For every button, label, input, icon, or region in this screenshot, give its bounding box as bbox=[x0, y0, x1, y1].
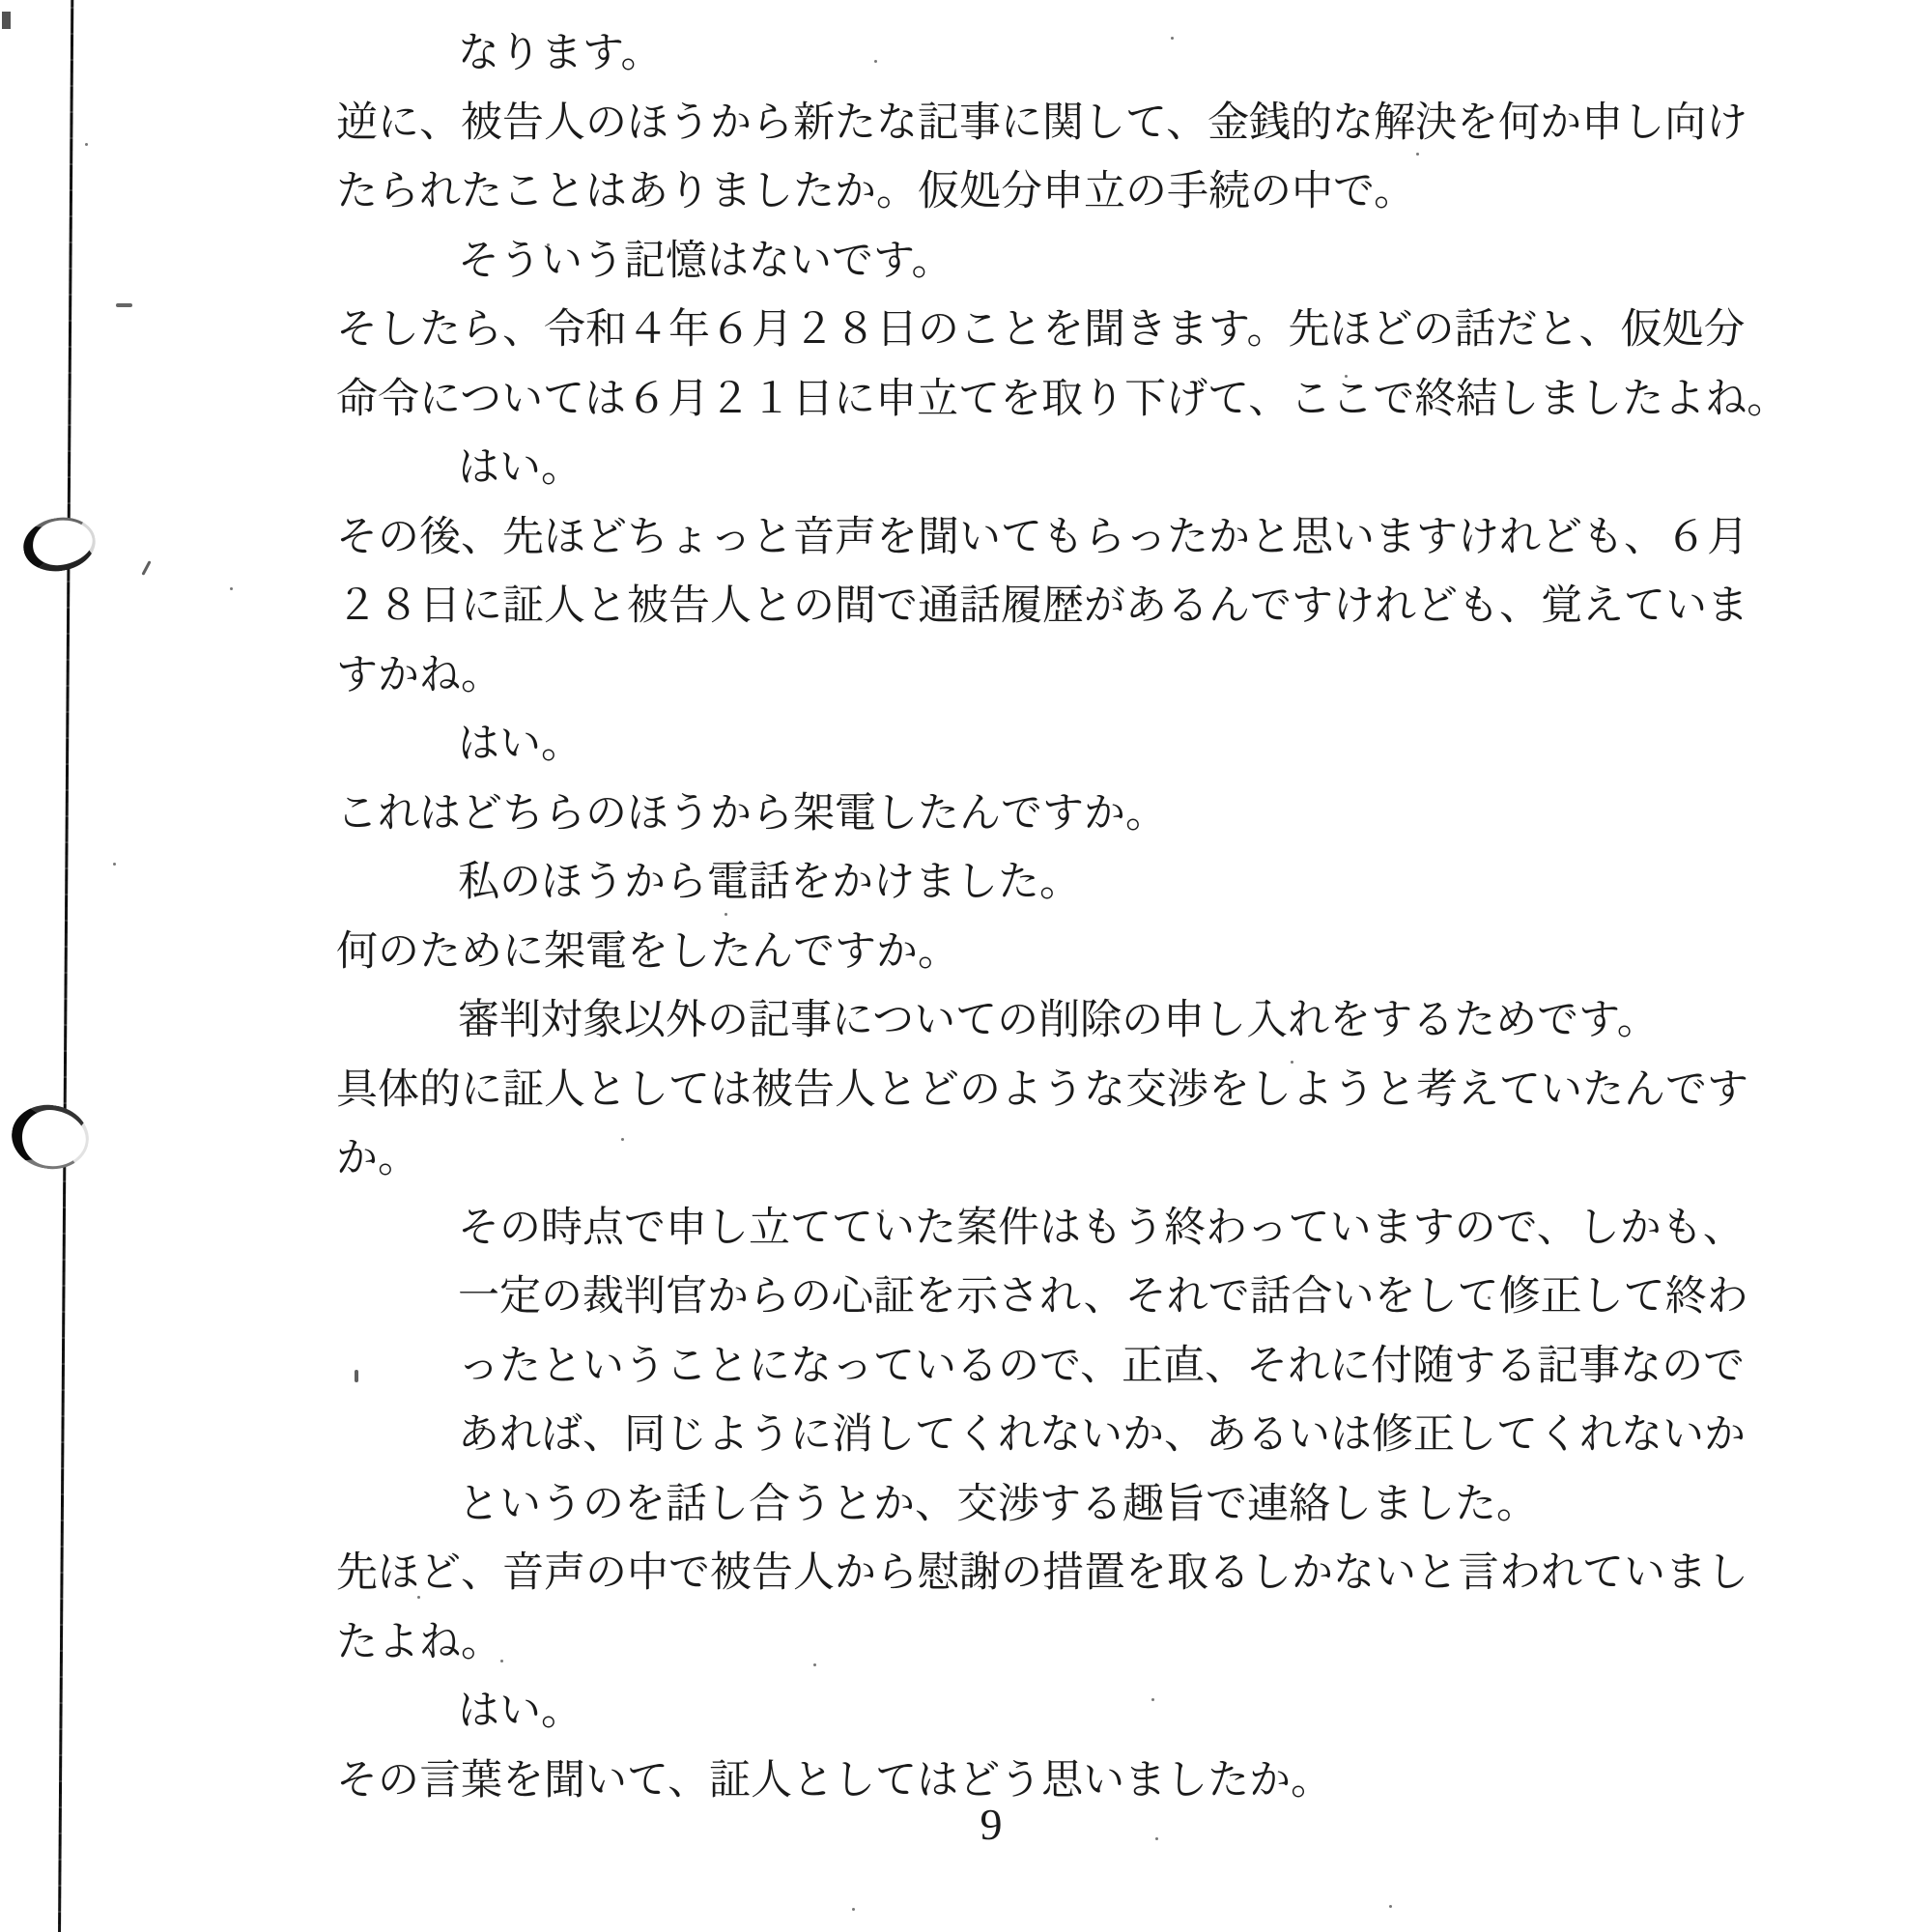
transcript-line: 審判対象以外の記事についての削除の申し入れをするためです。 bbox=[336, 986, 1843, 1056]
scan-speck bbox=[500, 1660, 503, 1662]
transcript-line: たよね。 bbox=[336, 1608, 1843, 1678]
transcript-line: か。 bbox=[336, 1124, 1843, 1194]
transcript-line: すかね。 bbox=[336, 641, 1843, 711]
scan-speck bbox=[1389, 1905, 1392, 1908]
transcript-line: 何のために架電をしたんですか。 bbox=[336, 918, 1843, 987]
page-number: 9 bbox=[290, 1799, 1692, 1850]
transcript-line: これはどちらのほうから架電したんですか。 bbox=[336, 780, 1843, 849]
transcript-line: はい。 bbox=[336, 1677, 1843, 1747]
scan-speck bbox=[141, 560, 151, 576]
transcript-line: 先ほど、音声の中で被告人から慰謝の措置を取るしかないと言われていまし bbox=[336, 1539, 1843, 1608]
transcript-line: そしたら、令和４年６月２８日のことを聞きます。先ほどの話だと、仮処分 bbox=[336, 296, 1843, 365]
scan-speck bbox=[874, 60, 877, 63]
binding-edge-line bbox=[58, 0, 73, 1932]
transcript-line: ったということになっているので、正直、それに付随する記事なので bbox=[336, 1332, 1843, 1402]
transcript-line: なります。 bbox=[336, 19, 1843, 89]
transcript-line: 命令については６月２１日に申立てを取り下げて、ここで終結しましたよね。 bbox=[336, 365, 1843, 435]
scan-speck bbox=[1155, 1837, 1158, 1840]
scan-speck bbox=[813, 1663, 816, 1666]
scan-speck bbox=[1055, 618, 1058, 621]
scan-speck bbox=[1488, 1296, 1491, 1299]
transcript-line: はい。 bbox=[336, 710, 1843, 780]
transcript-line: はい。 bbox=[336, 434, 1843, 503]
scan-speck bbox=[1291, 1061, 1293, 1064]
scan-speck bbox=[113, 863, 116, 866]
transcript-line: 逆に、被告人のほうから新たな記事に関して、金銭的な解決を何か申し向け bbox=[336, 89, 1843, 158]
scan-speck bbox=[417, 1596, 420, 1599]
transcript-line: たられたことはありましたか。仮処分申立の手続の中で。 bbox=[336, 157, 1843, 227]
scan-speck bbox=[2, 12, 11, 29]
transcript-line: 一定の裁判官からの心証を示され、それで話合いをして修正して終わ bbox=[336, 1263, 1843, 1332]
scan-speck bbox=[116, 303, 132, 307]
transcript-line: 具体的に証人としては被告人とどのような交渉をしようと考えていたんです bbox=[336, 1056, 1843, 1125]
transcript-line: 私のほうから電話をかけました。 bbox=[336, 848, 1843, 918]
scan-speck bbox=[1171, 37, 1174, 40]
transcript-line: そういう記憶はないです。 bbox=[336, 227, 1843, 297]
scan-speck bbox=[230, 587, 233, 590]
transcript-line: ２８日に証人と被告人との間で通話履歴があるんですけれども、覚えていま bbox=[336, 572, 1843, 641]
scan-speck bbox=[355, 1370, 358, 1382]
transcript-text-block: なります。逆に、被告人のほうから新たな記事に関して、金銭的な解決を何か申し向けた… bbox=[336, 19, 1843, 1815]
scan-speck bbox=[1416, 153, 1419, 156]
scan-speck bbox=[724, 913, 727, 916]
punch-hole-top bbox=[19, 512, 99, 577]
transcript-line: というのを話し合うとか、交渉する趣旨で連絡しました。 bbox=[336, 1470, 1843, 1540]
transcript-line: その時点で申し立てていた案件はもう終わっていますので、しかも、 bbox=[336, 1194, 1843, 1264]
scan-speck bbox=[1345, 375, 1348, 378]
scan-speck bbox=[1466, 549, 1469, 552]
punch-hole-bottom bbox=[7, 1099, 93, 1175]
scan-speck bbox=[621, 1138, 624, 1141]
transcript-line: その後、先ほどちょっと音声を聞いてもらったかと思いますけれども、６月 bbox=[336, 503, 1843, 573]
scan-speck bbox=[547, 243, 550, 246]
transcript-line: あれば、同じように消してくれないか、あるいは修正してくれないか bbox=[336, 1401, 1843, 1470]
scanned-document-page: なります。逆に、被告人のほうから新たな記事に関して、金銭的な解決を何か申し向けた… bbox=[0, 0, 1932, 1932]
scan-speck bbox=[852, 1908, 855, 1911]
scan-speck bbox=[1151, 1698, 1154, 1701]
scan-speck bbox=[881, 1209, 884, 1212]
scan-speck bbox=[85, 143, 88, 146]
